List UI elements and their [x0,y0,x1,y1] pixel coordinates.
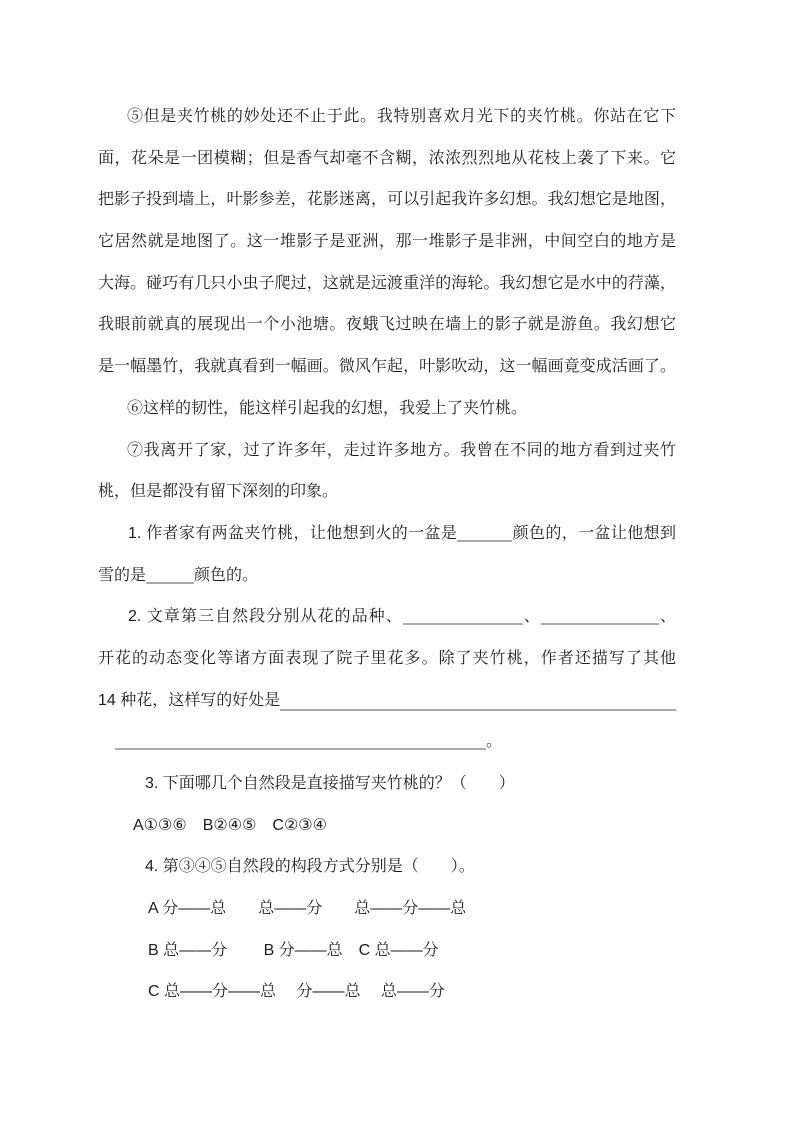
question-1-text-before: 1. 作者家有两盆夹竹桃，让他想到火的一盆是 [128,525,457,542]
question-1-text-after: 颜色的，一盆让他想到 [512,525,676,542]
passage-para7-line-1: ⑦我离开了家，过了许多年，走过许多地方。我曾在不同的地方看到过夹竹 [98,430,676,472]
answer-blank-benefit-2 [115,746,486,750]
question-1-line2-text-before: 雪的是 [98,567,146,584]
question-2-end-period: 。 [486,733,502,750]
passage-para5-line-6: 我眼前就真的展现出一个小池塘。夜蛾飞过映在墙上的影子就是游鱼。我幻想它 [98,304,676,346]
passage-para5-line-2: 面，花朵是一团模糊；但是香气却毫不含糊，浓浓烈烈地从花枝上袭了下来。它 [98,138,676,180]
question-4-prompt: 4. 第③④⑤自然段的构段方式分别是（ ）。 [98,846,676,888]
question-1-line-2: 雪的是颜色的。 [98,555,676,597]
worksheet-content: ⑤但是夹竹桃的妙处还不止于此。我特别喜欢月光下的夹竹桃。你站在它下 面，花朵是一… [98,96,676,1013]
passage-para5-line-5: 大海。碰巧有几只小虫子爬过，这就是远渡重洋的海轮。我幻想它是水中的荇藻， [98,263,676,305]
question-2-separator-2: 、 [659,608,676,625]
question-2-line-1: 2. 文章第三自然段分别从花的品种、、、 [98,596,676,638]
passage-para7-line-2: 桃，但是都没有留下深刻的印象。 [98,471,676,513]
question-4-option-b: B 总——分 B 分——总 C 总——分 [98,930,676,972]
question-2-line-2: 开花的动态变化等诸方面表现了院子里花多。除了夹竹桃，作者还描写了其他 [98,638,676,680]
question-2-line-3: 14 种花，这样写的好处是 [98,680,676,722]
answer-blank-fire-color [457,538,512,542]
question-4-option-a: A 分——总 总——分 总——分——总 [98,888,676,930]
question-3-prompt: 3. 下面哪几个自然段是直接描写夹竹桃的？（ ） [98,763,676,805]
passage-para6-line-1: ⑥这样的韧性，能这样引起我的幻想，我爱上了夹竹桃。 [98,388,676,430]
answer-blank-benefit-1 [280,709,676,711]
passage-para5-line-1: ⑤但是夹竹桃的妙处还不止于此。我特别喜欢月光下的夹竹桃。你站在它下 [98,96,676,138]
answer-blank-aspect-2 [541,621,659,625]
answer-blank-snow-color [146,580,194,584]
passage-para5-line-7: 是一幅墨竹，我就真看到一幅画。微风乍起，叶影吹动，这一幅画竟变成活画了。 [98,346,676,388]
passage-para5-line-3: 把影子投到墙上，叶影参差，花影迷离，可以引起我许多幻想。我幻想它是地图， [98,179,676,221]
question-2-separator-1: 、 [523,608,541,625]
question-2-line3-text: 14 种花，这样写的好处是 [98,680,280,722]
answer-blank-aspect-1 [403,621,523,625]
question-1-line-1: 1. 作者家有两盆夹竹桃，让他想到火的一盆是颜色的，一盆让他想到 [98,513,676,555]
question-3-options: A①③⑥ B②④⑤ C②③④ [98,805,676,847]
passage-para5-line-4: 它居然就是地图了。这一堆影子是亚洲，那一堆影子是非洲，中间空白的地方是 [98,221,676,263]
question-4-option-c: C 总——分——总 分——总 总——分 [98,971,676,1013]
question-1-line2-text-after: 颜色的。 [194,567,258,584]
worksheet-page: ⑤但是夹竹桃的妙处还不止于此。我特别喜欢月光下的夹竹桃。你站在它下 面，花朵是一… [0,0,793,1122]
question-2-line-4: 。 [98,721,676,763]
question-2-text-before: 2. 文章第三自然段分别从花的品种、 [128,608,403,625]
